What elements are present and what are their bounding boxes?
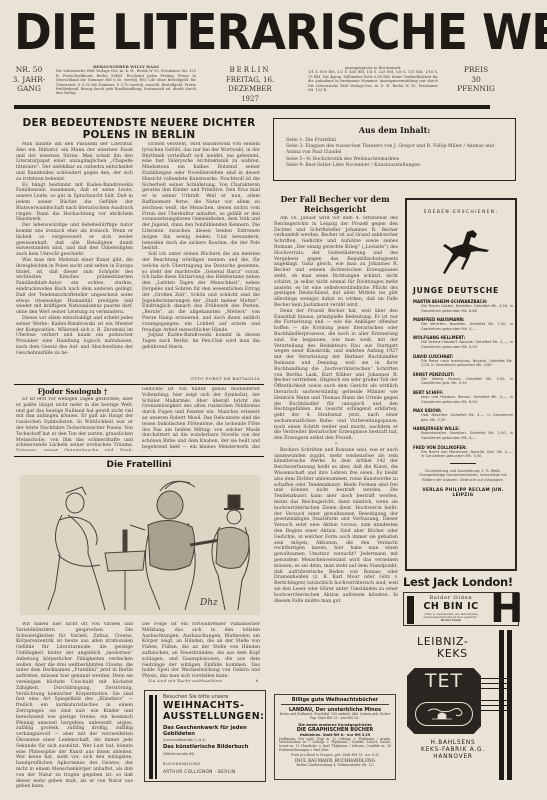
toc-title: Aus dem Inhalt: (274, 125, 515, 135)
lead-col-2: richten versteht, wird Bandrowski von se… (142, 142, 260, 374)
obituary-col-2: Gedichte ist von kalter, genau modellier… (142, 387, 260, 451)
company-line: KEKS-FABRIK A.G. (409, 747, 497, 754)
paragraph: Am 16. Januar wird vor dem 4. Strafsenat… (274, 216, 398, 309)
entry-text: Die Verirrten. Novellen. Geheftet Mk. 1,… (413, 322, 513, 331)
lead-headline: DER BEDEUTENDSTE NEUERE DICHTER POLENS I… (14, 117, 264, 141)
author-initial: h. (250, 680, 260, 682)
paragraph: Soll ich unter seinen Büchern die am mei… (142, 252, 260, 333)
collignon-item2: Das künstlerische Bilderbuch (163, 744, 265, 750)
paragraph: Bechers Schriften und Romane sind, wie e… (274, 448, 398, 605)
publisher-text: Die Literarische Welt Verlags-Ges. m. b.… (56, 69, 196, 95)
clowns-drawing-icon: Dhz (20, 475, 260, 615)
price-unit: PFENNIG (448, 84, 504, 94)
baumann-header: Billige gute Weihnachtsbücher (281, 697, 389, 705)
decor-line (479, 700, 509, 701)
publisher-block: HERAUSGEBER WILLY HAAS Die Literarische … (56, 65, 196, 96)
entry-text: Die Runen Gottes. Novellen. Geheftet Mk.… (413, 304, 513, 313)
fratellini-illustration: Dhz (20, 475, 260, 615)
lead-byline: OTTO FORST DE BATTAGLIA (190, 376, 260, 381)
paragraph: Sie sind mit Recht weltberühmt. h. (142, 680, 260, 682)
price-value: 30 (448, 75, 504, 85)
decor-line (479, 678, 509, 679)
reclam-entry: MANFRED HAUSMANN: Die Verirrten. Novelle… (413, 317, 513, 331)
sphinx-icon (416, 703, 472, 725)
olden-ad: Balder Olden CH BIN IC „Eine so bedeutsa… (403, 592, 519, 626)
bahlsen-brand: LEIBNIZ- KEKS (417, 636, 487, 660)
entry-text: Fall Vehme Holzdorf. Novelle. Geheftet M… (413, 340, 513, 349)
divider (450, 463, 476, 464)
becher-headline-line1: Der Fall Becher vor dem (272, 194, 398, 204)
ad-bar (149, 695, 153, 779)
divider (14, 384, 264, 385)
collignon-title-line2: AUSSTELLUNGEN: (163, 712, 265, 723)
decor-line (479, 705, 509, 706)
baumann-ad: Billige gute Weihnachtsbücher LANDAU, De… (274, 694, 396, 780)
paragraph: Was man den Maßstab einer Kunst gibt, di… (16, 258, 133, 316)
baumann-item1-text: Kreta und Zeitkunst. Prachtbd. 100 einfa… (275, 713, 395, 721)
toc-list: Seite 1: Die Fratellini Seite 3: Etappen… (274, 135, 515, 169)
paragraph: Der lebenswürdige und liebebedürftige Au… (16, 223, 133, 258)
reclam-series-title: JUNGE DEUTSCHE (413, 286, 513, 295)
toc-item[interactable]: Seite 3: Etappen des russischen Theaters… (286, 144, 503, 156)
closing-line: Sie sind mit Recht weltberühmt. (142, 680, 224, 682)
company-line: HANNOVER (409, 754, 497, 761)
baumann-shop-address: Berlin-Charlottenburg 4, Wilmersdorfer S… (275, 763, 395, 767)
fratellini-headline: Die Fratellini (14, 460, 264, 470)
entry-text: Iwan und Feodora. Roman. Geheftet Mk. 4,… (413, 395, 513, 404)
paragraph: Man nannte ihn den Pilsudski der Literat… (16, 142, 133, 183)
price-block: PREIS 30 PFENNIG (448, 65, 504, 94)
toc-box: Aus dem Inhalt: Seite 1: Die Fratellini … (273, 118, 516, 181)
collignon-name: ARTHUR COLLIGNON · BERLIN (163, 769, 265, 774)
decor-line (479, 683, 509, 684)
reclam-entry: BERT SCHIFF: Iwan und Feodora. Roman. Ge… (413, 390, 513, 404)
becher-headline: Der Fall Becher vor dem Reichsgericht (272, 194, 398, 214)
entry-text: Die Reise nach Insterburg. Novelle. Gehe… (413, 359, 513, 368)
divider (14, 456, 264, 457)
reclam-entry: ERNST PENZOLDT: Der Zwerg. Roman. Geheft… (413, 372, 513, 386)
paragraph: Wir haben hier nicht oft von Varieté und… (16, 622, 133, 790)
year: 1927 (205, 95, 295, 105)
city: BERLIN (205, 66, 295, 76)
reclam-entry: MARTIN BEHEIM-SCHWARZBACH: Die Runen Got… (413, 299, 513, 313)
collignon-ad: Besuchen Sie bitte unsere WEIHNACHTS- AU… (144, 690, 266, 782)
entry-text: Haß. Novellen. Geheftet Mk. 3,—, in Ganz… (413, 413, 513, 422)
collignon-item1: Das Geschenkwerk für jeden Gebildeten (163, 725, 265, 737)
paragraph: Es hängt bestimmt mit Kaden-Bandrowskis … (16, 183, 133, 224)
paragraph: Juljusz Kaden-Bandrowski kommt in diesen… (142, 333, 260, 350)
lead-col-1: Man nannte ihn den Pilsudski der Literat… (16, 142, 133, 382)
quote-author: Bruno Frank (441, 618, 461, 622)
decor-line (479, 710, 509, 711)
ad-rates-text: 1/1 S. 800 RM, 1/2 S. 400 RM, 1/4 S. 225… (308, 70, 438, 92)
obituary-col-1: Er ist erst vor wenigen Tagen gestorben;… (16, 397, 133, 451)
reclam-entry: MAX SIDOW: Haß. Novellen. Geheftet Mk. 3… (413, 408, 513, 422)
reclam-entry: HANSJÜRGEN WILLE: Rosenkavalier. Novelle… (413, 426, 513, 440)
horse-icon (439, 228, 491, 278)
tet-logo: TET (407, 668, 481, 734)
baumann-item3-price: Preis pro Band in Pergam. geb. Statt RM … (275, 753, 395, 757)
obituary-headline: Fjodor Ssologub † (14, 387, 131, 396)
svg-text:Dhz: Dhz (199, 598, 218, 608)
collignon-item2-address: (Wilhelmstraße 69) (163, 752, 265, 756)
price-label: PREIS (448, 65, 504, 75)
collignon-title-line1: WEIHNACHTS- (163, 701, 265, 712)
issue-number: NR. 50 (8, 65, 50, 75)
company-line: H.BAHLSENS (409, 740, 497, 747)
volume-line2: GANG (8, 84, 50, 94)
paragraph: Dieses vor allem entschuldigt und erhebt… (16, 316, 133, 357)
collignon-item1-address: (Universitätstraße 7—8 a) (163, 738, 265, 742)
reclam-publisher-city: LEIPZIG (413, 492, 513, 497)
reclam-footer-text: Druckleitung und Ausstattung: E. R. Weiß… (413, 469, 513, 483)
paragraph: Die Folge ist ein fortwährender vulkanis… (142, 622, 260, 680)
date: FREITAG, 16. DEZEMBER (205, 76, 295, 95)
reclam-entry: WOLFGANG HELLMERT: Fall Vehme Holzdorf. … (413, 335, 513, 349)
reclam-entry: DAVID LUSCHNAT: Die Reise nach Insterbur… (413, 354, 513, 368)
becher-headline-line2: Reichsgericht (272, 204, 398, 214)
fratellini-col-2: Die Folge ist ein fortwährender vulkanis… (142, 622, 260, 682)
toc-item[interactable]: Seite 9: Best-Seller-Liste November / Ku… (286, 163, 503, 169)
collignon-label: BUCHHANDLUNG (163, 762, 265, 766)
tet-logo-text: TET (407, 670, 481, 692)
paragraph: Denn der Prozeß Becher hat, weil über de… (274, 309, 398, 442)
issue-info: NR. 50 3. JAHR- GANG (8, 65, 50, 94)
olden-quote: „Eine so bedeutsame wie mitreißende Ause… (418, 613, 484, 623)
reclam-ad: SOEBEN-ERSCHIENEN: JUNGE DEUTSCHE MARTIN… (405, 198, 517, 571)
paragraph: Gedichte ist von kalter, genau modellier… (142, 387, 260, 451)
ad-bar (155, 695, 157, 779)
bahlsen-line2: KEKS (417, 648, 487, 660)
paragraph: Er ist erst vor wenigen Tagen gestorben;… (16, 397, 133, 451)
reclam-entry: FRED VON ZOLLIKOFER: Die Nacht von Marie… (413, 445, 513, 459)
fratellini-col-1: Wir haben hier nicht oft von Varieté und… (16, 622, 133, 792)
olden-title: CH BIN IC (416, 601, 486, 612)
volume-line1: 3. JAHR- (8, 75, 50, 85)
ad-rates-block: Anzeigenpreise in Reichsmark: 1/1 S. 800… (308, 66, 438, 92)
entry-text: Rosenkavalier. Novellen. Geheftet Mk. 2,… (413, 431, 513, 440)
paragraph: richten versteht, wird Bandrowski von se… (142, 142, 260, 252)
reclam-entries: MARTIN BEHEIM-SCHWARZBACH: Die Runen Got… (413, 299, 513, 497)
big-letter-i (407, 596, 414, 624)
decor-line (479, 688, 509, 689)
baumann-item3-text: Hoffmann, Der gold. Topf m. 12 Lithogr. … (275, 737, 395, 753)
collignon-title: WEIHNACHTS- AUSSTELLUNGEN: (163, 701, 265, 722)
reclam-header: SOEBEN-ERSCHIENEN: (407, 210, 515, 215)
masthead-title: DIE LITERARISCHE WELT (14, 4, 479, 62)
bahlsen-company: H.BAHLSENS KEKS-FABRIK A.G. HANNOVER (409, 740, 497, 762)
date-block: BERLIN FREITAG, 16. DEZEMBER 1927 (205, 66, 295, 104)
tet-logo-oval (415, 702, 473, 726)
bahlsen-ad: LEIBNIZ- KEKS TET H.BAHLSENS KEKS-FABRIK… (403, 630, 521, 790)
big-letter-h: H (490, 589, 518, 629)
header-rule (14, 105, 490, 109)
entry-text: Die Nacht von Mariensee. Novelle. Geh. M… (413, 450, 513, 459)
becher-column: Am 16. Januar wird vor dem 4. Strafsenat… (274, 216, 398, 686)
entry-text: Der Zwerg. Roman. Geheftet Mk. 3,50, in … (413, 377, 513, 386)
